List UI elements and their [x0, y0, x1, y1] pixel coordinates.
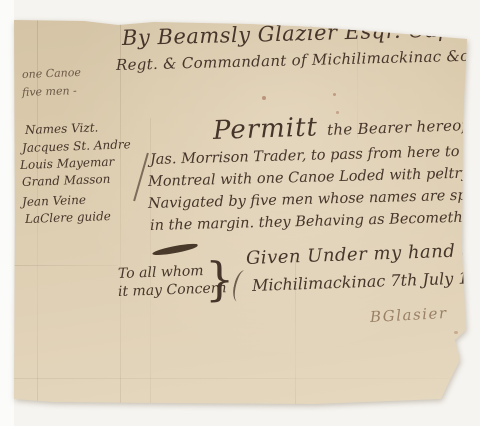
fold-crease-horizontal	[14, 265, 118, 266]
margin-note-men: five men -	[22, 84, 77, 99]
margin-name-5: LaClere guide	[25, 209, 111, 226]
signature: BGlasier	[370, 304, 448, 326]
paper-shadow-wrap: By Beamsly Glazier Esqr. Captn. 60 Regt.…	[0, 0, 480, 426]
heading-line-1: By Beamsly Glazier Esqr. Captn. 60	[122, 16, 480, 50]
margin-names-header: Names Vizt.	[25, 120, 99, 137]
body-line-2: Jas. Morrison Trader, to pass from here …	[150, 144, 460, 168]
address-line-1: To all whom	[118, 263, 204, 282]
address-brace: }	[205, 256, 234, 302]
pen-stroke	[133, 153, 149, 202]
ink-stain	[454, 331, 458, 334]
heading-line-2: Regt. & Commandant of Michilimackinac &c…	[116, 46, 480, 74]
ink-stain	[333, 93, 336, 96]
fold-crease-vertical	[120, 18, 121, 404]
manuscript-paper: By Beamsly Glazier Esqr. Captn. 60 Regt.…	[14, 18, 467, 404]
margin-name-1: Jacques St. Andre	[22, 137, 131, 155]
ink-flourish	[152, 242, 199, 256]
margin-name-2: Louis Mayemar	[20, 155, 115, 172]
body-opening-word: Permitt	[212, 112, 318, 146]
body-line-5: in the margin. they Behaving as Becometh	[150, 210, 463, 234]
scanned-document-page: By Beamsly Glazier Esqr. Captn. 60 Regt.…	[0, 0, 480, 426]
fold-crease-horizontal	[14, 378, 454, 379]
closing-line-1: Given Under my hand at	[246, 240, 480, 269]
margin-name-3: Grand Masson	[22, 172, 111, 189]
closing-line-2: Michilimackinac 7th July 1769	[252, 267, 480, 295]
margin-note-canoe: one Canoe	[22, 66, 81, 81]
body-line-4: Navigated by five men whose names are sp…	[148, 186, 480, 212]
ink-stain	[262, 96, 266, 100]
body-line-3: Montreal with one Canoe Loded with peltr…	[148, 165, 480, 190]
margin-name-4: Jean Veine	[22, 193, 86, 209]
body-line-1-rest: the Bearer hereof Mr.	[327, 115, 480, 139]
body-line-1: Permittthe Bearer hereof Mr.	[212, 106, 480, 146]
